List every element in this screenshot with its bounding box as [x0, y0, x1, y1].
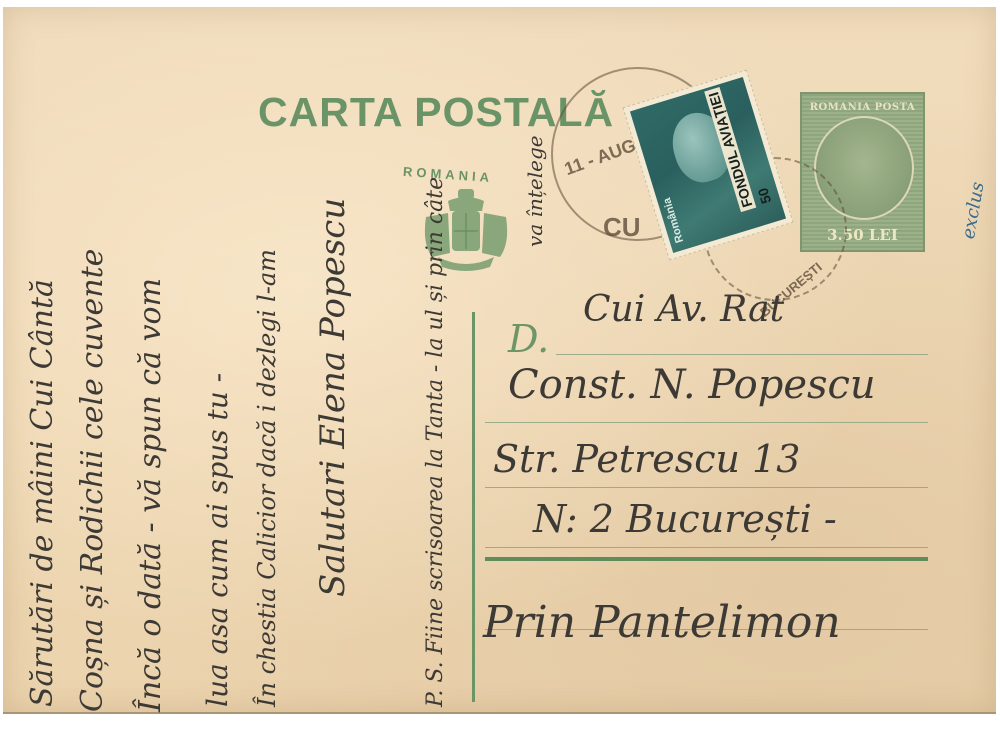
stamp-header: ROMANIA POSTA — [802, 102, 923, 113]
message-line-8: va înțelege — [523, 135, 547, 247]
address-rule — [485, 487, 928, 488]
postmark-city: CU — [603, 212, 641, 243]
message-line-3: Încă o dată - vă spun că vom — [133, 278, 168, 712]
message-line-5: În chestia Calicior dacă i dezlegi l-am — [253, 249, 281, 707]
side-annotation: exclus — [958, 180, 989, 240]
stamp-country: România — [661, 196, 686, 244]
message-postscript: P. S. Fiine scrisoarea la Tanta - la ul … — [423, 177, 448, 707]
address-rule — [556, 354, 928, 355]
address-line-3: Str. Petrescu 13 — [493, 437, 800, 481]
address-line-1: Cui Av. Rat — [583, 289, 784, 330]
stamp-denomination: 50 — [755, 186, 775, 206]
address-line-5: Prin Pantelimon — [483, 597, 841, 648]
address-initial: D. — [508, 317, 549, 361]
address-rule-thick — [485, 557, 928, 561]
address-line-2: Const. N. Popescu — [508, 362, 876, 408]
postcard: CARTA POSTALĂ ROMANIA D. ROMANIA POSTA 3… — [3, 7, 996, 714]
message-line-2: Coșna și Rodichii cele cuvente — [75, 249, 110, 712]
message-line-1: Sărutări de mâini Cui Cântă — [25, 279, 60, 707]
country-label: ROMANIA — [403, 164, 494, 185]
address-rule — [485, 422, 928, 423]
address-line-4: N: 2 București - — [533, 497, 837, 541]
message-line-4: lua asa cum ai spus tu - — [201, 373, 234, 707]
address-divider — [472, 312, 475, 702]
address-rule — [485, 547, 928, 548]
message-signature: Salutari Elena Popescu — [313, 198, 353, 597]
